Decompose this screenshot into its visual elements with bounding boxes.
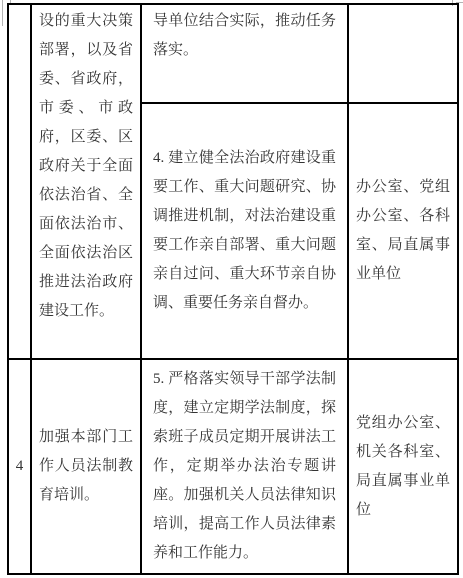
measure-cell-row4: 5. 严格落实领导干部学法制度，建立定期学法制度，探索班子成员定期开展讲法工作，… (141, 359, 348, 574)
row-number-cell: 4 (8, 359, 31, 574)
row-number-cell-continuation (8, 4, 31, 359)
unit-cell-continuation-top (348, 4, 458, 103)
unit-cell-continuation-bottom: 办公室、党组办公室、各科室、局直属事业单位 (348, 103, 458, 359)
measure-cell-continuation-bottom: 4. 建立健全法治政府建设重要工作、重大问题研究、协调推进机制，对法治建设重要工… (141, 103, 348, 359)
table-row: 设的重大决策部署，以及省委、省政府，市委、市政府，区委、区政府关于全面依法治省、… (8, 4, 458, 103)
page-edge-marker-left (2, 0, 3, 26)
task-cell-row4: 加强本部门工作人员法制教育培训。 (31, 359, 141, 574)
measure-cell-continuation-top: 导单位结合实际，推动任务落实。 (141, 4, 348, 103)
tasks-table: 设的重大决策部署，以及省委、省政府，市委、市政府，区委、区政府关于全面依法治省、… (7, 3, 459, 575)
task-cell-continuation: 设的重大决策部署，以及省委、省政府，市委、市政府，区委、区政府关于全面依法治省、… (31, 4, 141, 359)
document-page: 设的重大决策部署，以及省委、省政府，市委、市政府，区委、区政府关于全面依法治省、… (0, 0, 463, 578)
table-row: 4 加强本部门工作人员法制教育培训。 5. 严格落实领导干部学法制度，建立定期学… (8, 359, 458, 574)
unit-cell-row4: 党组办公室、机关各科室、局直属事业单位 (348, 359, 458, 574)
